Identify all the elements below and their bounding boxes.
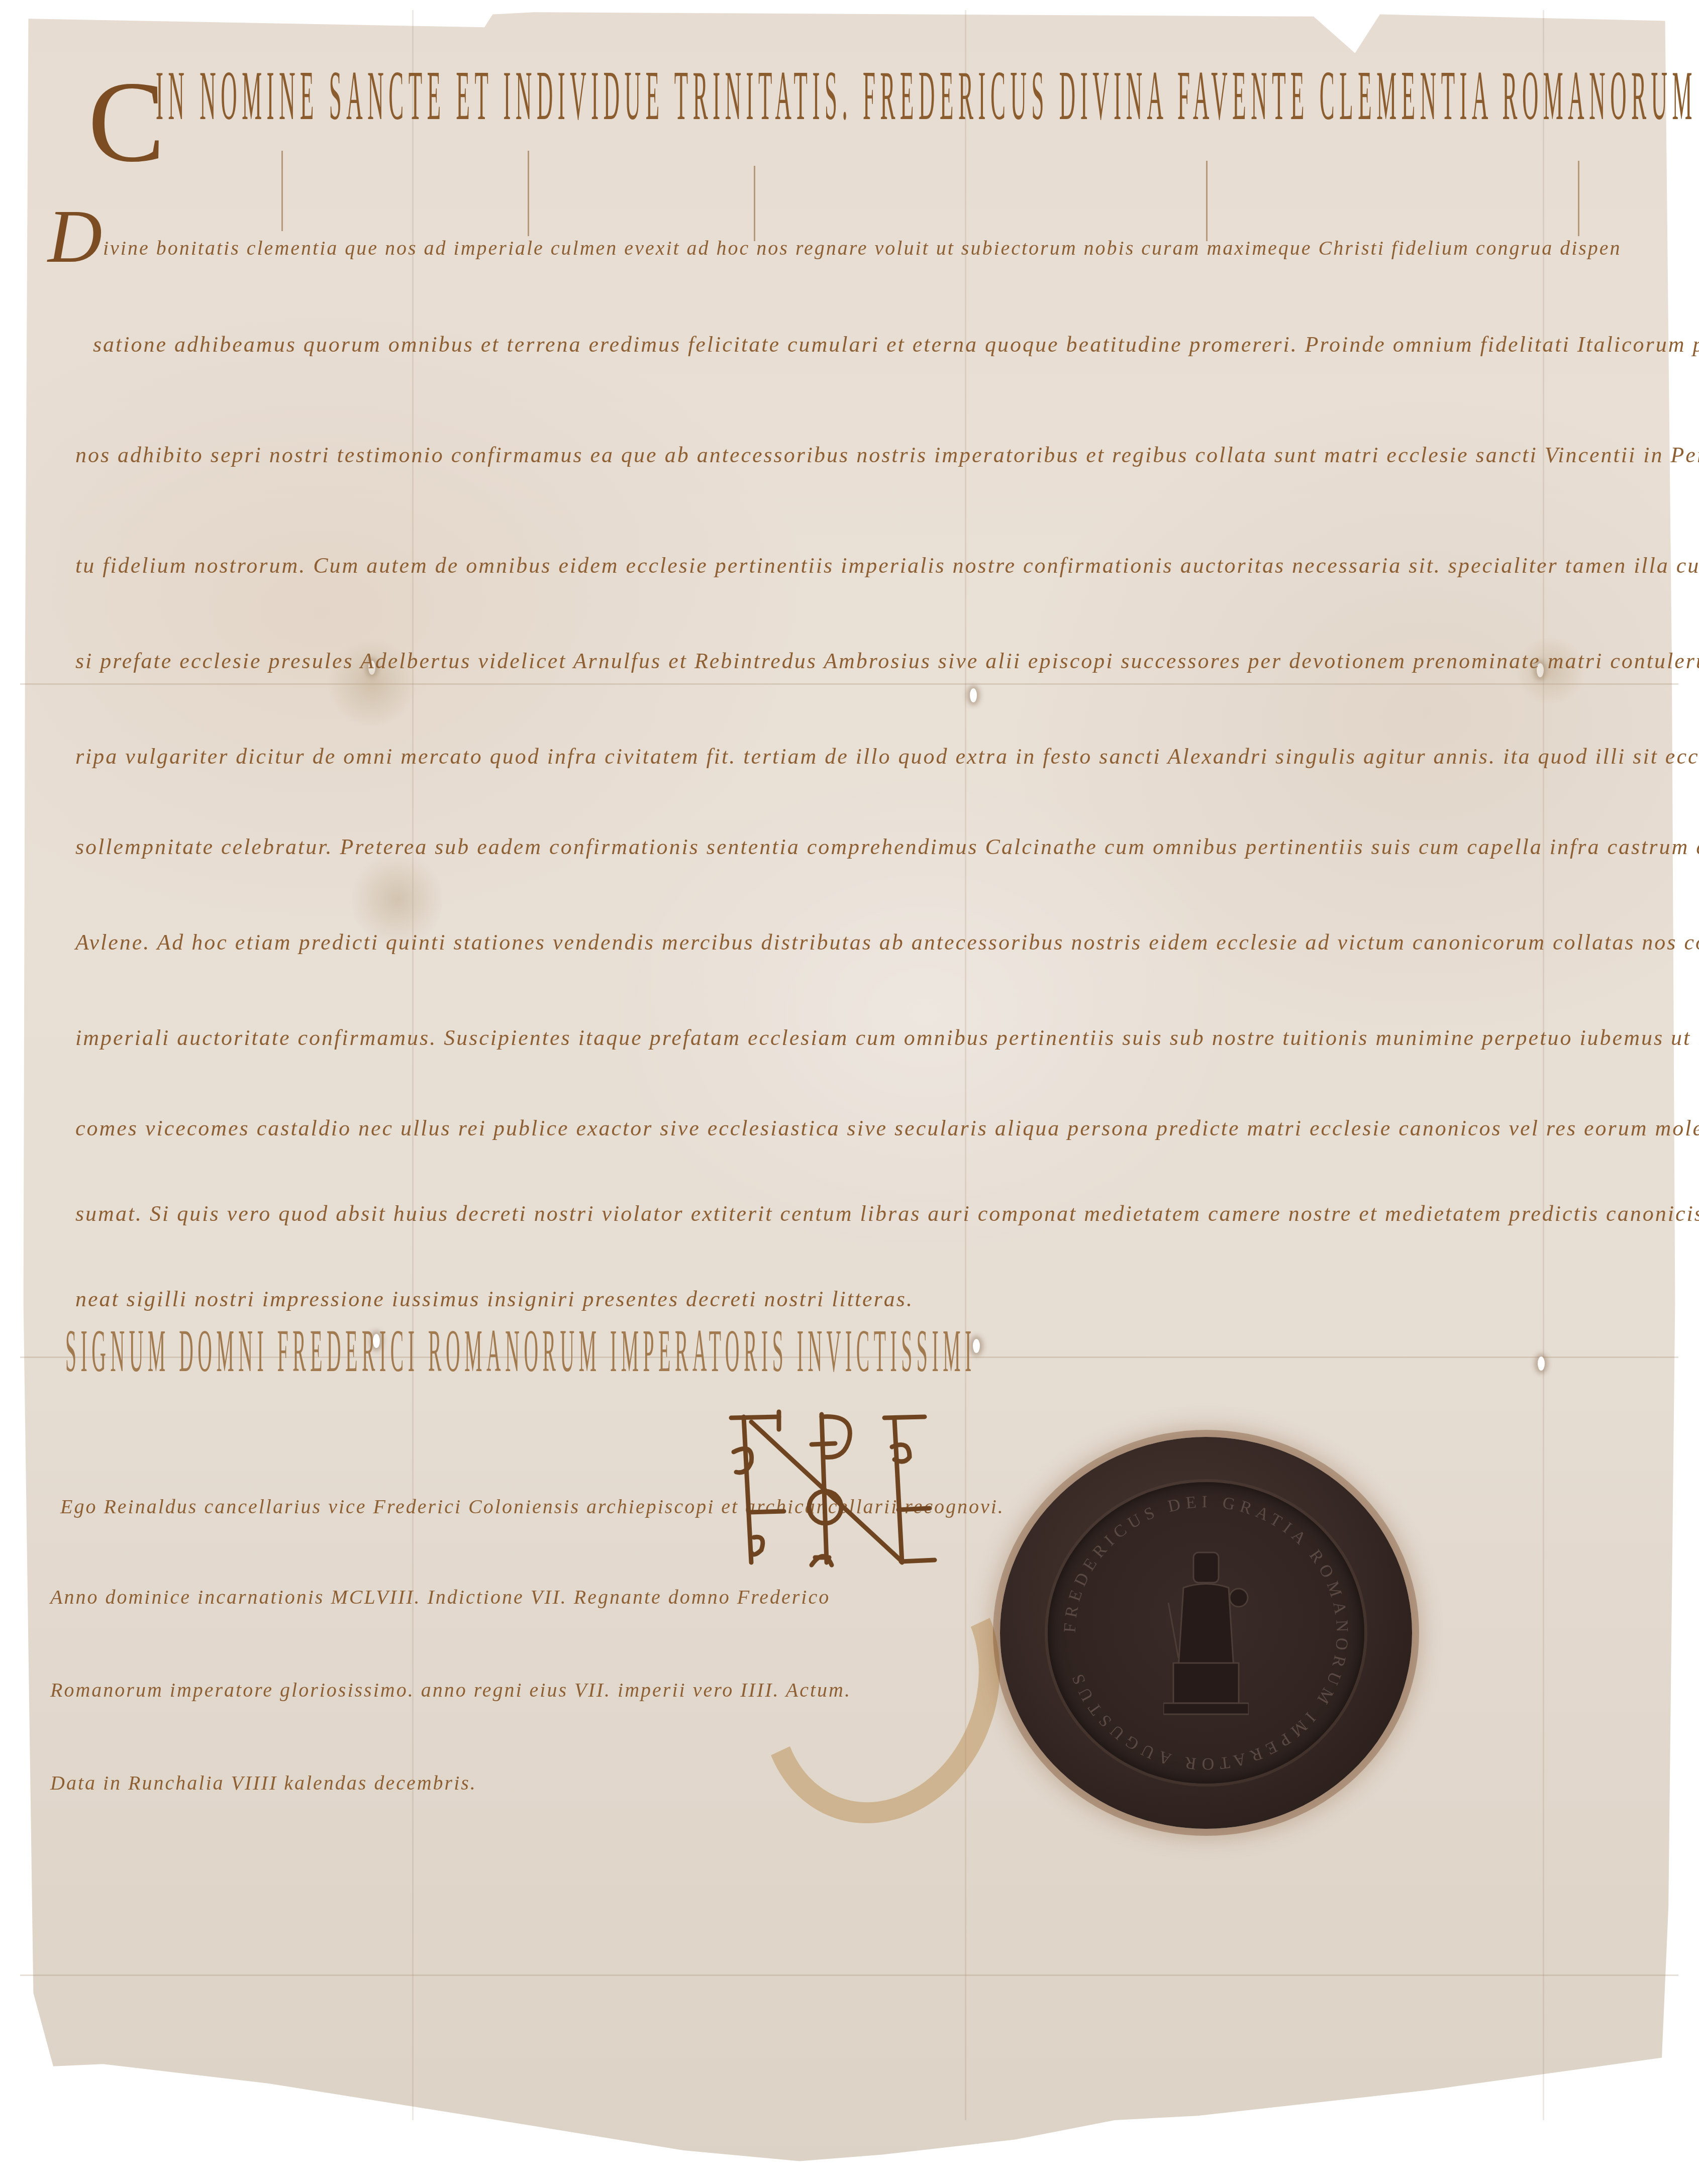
elongated-script-line: IN NOMINE SANCTE ET INDIVIDUE TRINITATIS… xyxy=(156,55,1699,136)
ascender-stroke xyxy=(281,151,283,231)
fold-line xyxy=(965,10,966,2120)
hole xyxy=(970,688,977,702)
text-line-4: tu fidelium nostrorum. Cum autem de omni… xyxy=(75,553,1699,578)
text-line-9: imperiali auctoritate confirmamus. Susci… xyxy=(75,1025,1699,1051)
ascender-stroke xyxy=(1578,161,1579,236)
text-line-8: Avlene. Ad hoc etiam predicti quinti sta… xyxy=(75,929,1699,955)
text-line-10: comes vicecomes castaldio nec ullus rei … xyxy=(75,1115,1699,1141)
decorated-initial-d: D xyxy=(48,193,102,280)
text-line-5: si prefate ecclesie presules Adelbertus … xyxy=(75,648,1699,674)
fold-line xyxy=(20,683,1678,685)
fold-line xyxy=(20,1974,1678,1976)
dating-line-2: Romanorum imperatore gloriosissimo. anno… xyxy=(50,1678,851,1702)
wax-seal: FREDERICUS DEI GRATIA ROMANORUM IMPERATO… xyxy=(1000,1437,1412,1829)
text-line-6: ripa vulgariter dicitur de omni mercato … xyxy=(75,744,1699,769)
text-line-1: ivine bonitatis clementia que nos ad imp… xyxy=(103,236,1622,260)
signum-line: SIGNUM DOMNI FREDERICI ROMANORUM IMPERAT… xyxy=(65,1316,976,1386)
ascender-stroke xyxy=(1206,161,1208,241)
imperial-monogram: FRIDERICUS xyxy=(704,1402,945,1573)
seal-impression: FREDERICUS DEI GRATIA ROMANORUM IMPERATO… xyxy=(1048,1482,1364,1784)
text-line-7: sollempnitate celebratur. Preterea sub e… xyxy=(75,834,1699,860)
chrismon-initial: C xyxy=(88,55,165,188)
fold-line xyxy=(412,10,414,2120)
ascender-stroke xyxy=(528,151,529,236)
fold-line xyxy=(1543,10,1544,2120)
monogram-label: FRIDERICUS xyxy=(704,1402,758,1404)
text-line-12: neat sigilli nostri impressione iussimus… xyxy=(75,1286,914,1312)
text-line-3: nos adhibito sepri nostri testimonio con… xyxy=(75,442,1699,468)
enthroned-emperor-icon xyxy=(1163,1537,1249,1738)
dating-line-1: Anno dominice incarnationis MCLVIII. Ind… xyxy=(50,1585,830,1609)
text-line-11: sumat. Si quis vero quod absit huius dec… xyxy=(75,1201,1699,1226)
ascender-stroke xyxy=(754,166,755,241)
hole xyxy=(1538,1357,1545,1371)
dating-line-3: Data in Runchalia VIIII kalendas decembr… xyxy=(50,1771,477,1795)
text-line-2: satione adhibeamus quorum omnibus et ter… xyxy=(93,332,1699,357)
